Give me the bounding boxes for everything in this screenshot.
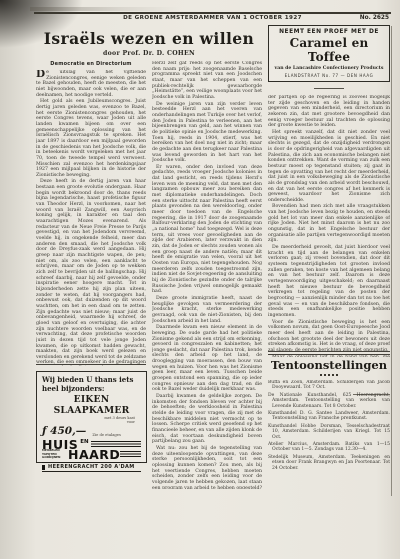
- article-paragraph: Voor de Zionistische beweging is het een…: [268, 320, 390, 354]
- column-1-end-rule: [36, 364, 146, 365]
- article-paragraph: De weinige jaren van zijn verder leven b…: [152, 102, 262, 164]
- masthead-title: DE GROENE AMSTERDAMMER VAN 1 OCTOBER 192…: [34, 15, 391, 21]
- column-1-text: De uitslag van het vijftiende Zionistenc…: [36, 70, 146, 366]
- caramel-ad[interactable]: NEEMT EEN PROEF MET DE Caramel en Toffee…: [268, 25, 390, 82]
- slaapkamer-ad-intro-line2: heel bijzonders:: [42, 385, 141, 394]
- article-title: Israëls wezen en willen: [36, 29, 262, 48]
- section-heading: Democratie en Directorium: [36, 61, 146, 67]
- newspaper-page: DE GROENE AMSTERDAMMER VAN 1 OCTOBER 192…: [0, 0, 400, 559]
- slaapkamer-ad-detail-line2: voor: [42, 420, 141, 424]
- article-paragraph: Deze heeft in de dertig jaren van haar b…: [36, 179, 146, 366]
- article-paragraph: Bovendien had men zich met alle vraagstu…: [268, 204, 390, 244]
- masthead-rule: [34, 12, 391, 14]
- page-edge-line: [391, 26, 392, 496]
- masthead: DE GROENE AMSTERDAMMER VAN 1 OCTOBER 192…: [34, 15, 391, 25]
- caramel-ad-product: Caramel en Toffee: [273, 36, 385, 64]
- brand-word-en: EN: [80, 439, 88, 445]
- slaapkamer-ad[interactable]: Wij bieden U thans iets heel bijzonders:…: [36, 371, 147, 463]
- scan-streak: [30, 7, 180, 11]
- article-paragraph: Daarbij kwamen de geldelijke zorgen. De …: [152, 394, 262, 445]
- caramel-ad-address: ELANDSTRAAT No. 77 — DEN HAAG: [273, 73, 385, 78]
- brand-sub-words: MEUBELENTAPIJTENGORDIJNEN: [42, 449, 68, 459]
- caramel-ad-line3: van de Lancashire Confectionery Products: [273, 66, 385, 71]
- issue-number: No. 2625: [360, 15, 389, 21]
- article-paragraph: Daarmede kwam een nieuw element in de be…: [152, 325, 262, 393]
- article-byline: door Prof. Dr. D. COHEN: [36, 50, 262, 57]
- brand-word-haard: HAARD: [68, 449, 120, 460]
- column-2-text: Herzl zelf gaf reeds op het eerste Congr…: [152, 61, 262, 489]
- article-paragraph: Herzl zelf gaf reeds op het eerste Congr…: [152, 61, 262, 101]
- article-column-1: Democratie en Directorium De uitslag van…: [36, 61, 146, 366]
- double-rule: [268, 351, 390, 357]
- slaapkamer-ad-product: EIKEN SLAAPKAMER: [42, 394, 141, 416]
- article-paragraph: Het spreekt vanzelf, dat dit niet zonder…: [268, 130, 390, 204]
- exhibitions-list: Buffa en Zoon, Amsterdam. Schilderijen v…: [268, 380, 390, 472]
- section-divider-rule: [314, 88, 344, 89]
- column-3-text: der partijen op de regeering is zooveel …: [268, 95, 390, 357]
- exhibition-item: Kunsthandel D. G. Santee Landweer, Amste…: [268, 411, 390, 422]
- article-column-2: Herzl zelf gaf reeds op het eerste Congr…: [152, 61, 262, 489]
- article-paragraph: Het gold als een Jubileumscongres. Juist…: [36, 99, 146, 178]
- article-paragraph: Er waren, onder den invloed van deze ged…: [152, 165, 262, 295]
- exhibition-item: De Nationale Kunsthandel, 625 Heerengrac…: [268, 393, 390, 409]
- exhibition-item: Stedelijk Museum, Amsterdam. Teekeningen…: [268, 455, 390, 471]
- exhibitions-heading: Tentoonstellingen: [268, 358, 390, 372]
- exhibition-item: Kunsthandel Hobbe Dorsman, Tesselschades…: [268, 424, 390, 440]
- caramel-ad-line1: NEEMT EEN PROEF MET DE: [273, 29, 385, 35]
- address-marker-icon: [42, 465, 45, 470]
- slaapkamer-ad-note: Zie de etalages: [92, 433, 121, 437]
- exhibition-item: Atelier Marcius, Amsterdam. Batiks van 1…: [268, 442, 390, 453]
- article-paragraph: De meerderheid gevoelt, dat juist hierdo…: [268, 245, 390, 319]
- slaapkamer-ad-price: ƒ 450,—: [42, 425, 86, 437]
- article-paragraph: der partijen op de regeering is zooveel …: [268, 95, 390, 129]
- huis-en-haard-logo: HUIS EN MEUBELENTAPIJTENGORDIJNEN HAARD: [42, 439, 141, 460]
- brand-sub-word: GORDIJNEN: [42, 456, 68, 459]
- article-paragraph: Wat nu: zou het bij de tegenstelling van…: [152, 446, 262, 489]
- article-paragraph: De uitslag van het vijftiende Zionistenc…: [36, 70, 146, 98]
- right-column: NEEMT EEN PROEF MET DE Caramel en Toffee…: [268, 25, 390, 357]
- slaapkamer-ad-address-row: HEERENGRACHT 200 A'DAM: [42, 462, 141, 472]
- heading-ornament-icon: [320, 374, 338, 376]
- article-paragraph: Deze groote immigratie heeft, naast de h…: [152, 296, 262, 324]
- exhibition-item: Buffa en Zoon, Amsterdam. Schilderijen v…: [268, 380, 390, 391]
- slaapkamer-ad-address: HEERENGRACHT 200 A'DAM: [48, 464, 135, 470]
- brand-stripes-icon: [120, 451, 141, 459]
